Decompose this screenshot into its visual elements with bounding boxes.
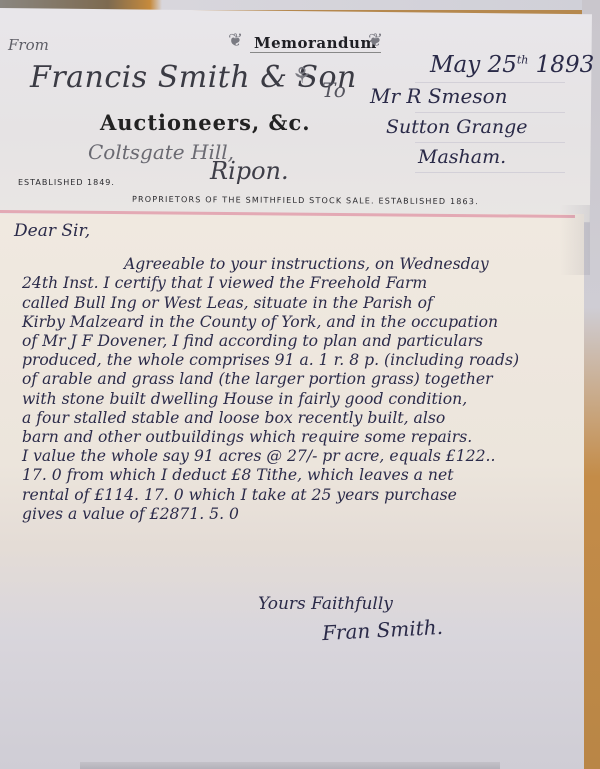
ruled-line [415, 82, 565, 83]
body-line: gives a value of £2871. 5. 0 [14, 505, 574, 524]
date-month-day: May 25 [430, 52, 517, 78]
salutation: Dear Sir, [14, 222, 574, 241]
underlying-sheet-edge [80, 762, 500, 769]
body-line: with stone built dwelling House in fairl… [14, 390, 574, 409]
ruled-line [415, 112, 565, 113]
body-line: produced, the whole comprises 91 a. 1 r.… [14, 351, 574, 370]
established-note: ESTABLISHED 1849. [18, 178, 115, 187]
body-line: Agreeable to your instructions, on Wedne… [14, 255, 574, 274]
body-line: 24th Inst. I certify that I viewed the F… [14, 274, 574, 293]
ruled-line [415, 172, 565, 173]
body-line: 17. 0 from which I deduct £8 Tithe, whic… [14, 466, 574, 485]
closing: Yours Faithfully [258, 594, 393, 614]
date-suffix: th [517, 53, 529, 66]
body-line: I value the whole say 91 acres @ 27/- pr… [14, 447, 574, 466]
body-line: Kirby Malzeard in the County of York, an… [14, 313, 574, 332]
letter-body: Dear Sir, Agreeable to your instructions… [14, 222, 574, 524]
body-line: of Mr J F Dovener, I find according to p… [14, 332, 574, 351]
date-year: 1893 [536, 52, 595, 78]
ruled-line [415, 142, 565, 143]
firm-town: Ripon. [210, 157, 289, 185]
letter-date: May 25th 1893 [430, 52, 594, 78]
ornament-icon: ❦ [228, 30, 243, 51]
floral-flourish-icon: ⚘ [292, 64, 312, 89]
body-line: rental of £114. 17. 0 which I take at 25… [14, 486, 574, 505]
recipient-address-line-1: Sutton Grange [386, 116, 527, 138]
body-line: called Bull Ing or West Leas, situate in… [14, 294, 574, 313]
recipient-name: Mr R Smeson [370, 84, 508, 108]
recipient-address-line-2: Masham. [418, 146, 506, 168]
to-label: To [322, 78, 346, 102]
body-line: of arable and grass land (the larger por… [14, 370, 574, 389]
body-line: a four stalled stable and loose box rece… [14, 409, 574, 428]
document-title: Memorandum [250, 34, 381, 53]
body-line: barn and other outbuildings which requir… [14, 428, 574, 447]
from-label: From [8, 36, 49, 54]
firm-trade: Auctioneers, &c. [100, 110, 311, 135]
ornament-icon: ❦ [368, 30, 383, 51]
